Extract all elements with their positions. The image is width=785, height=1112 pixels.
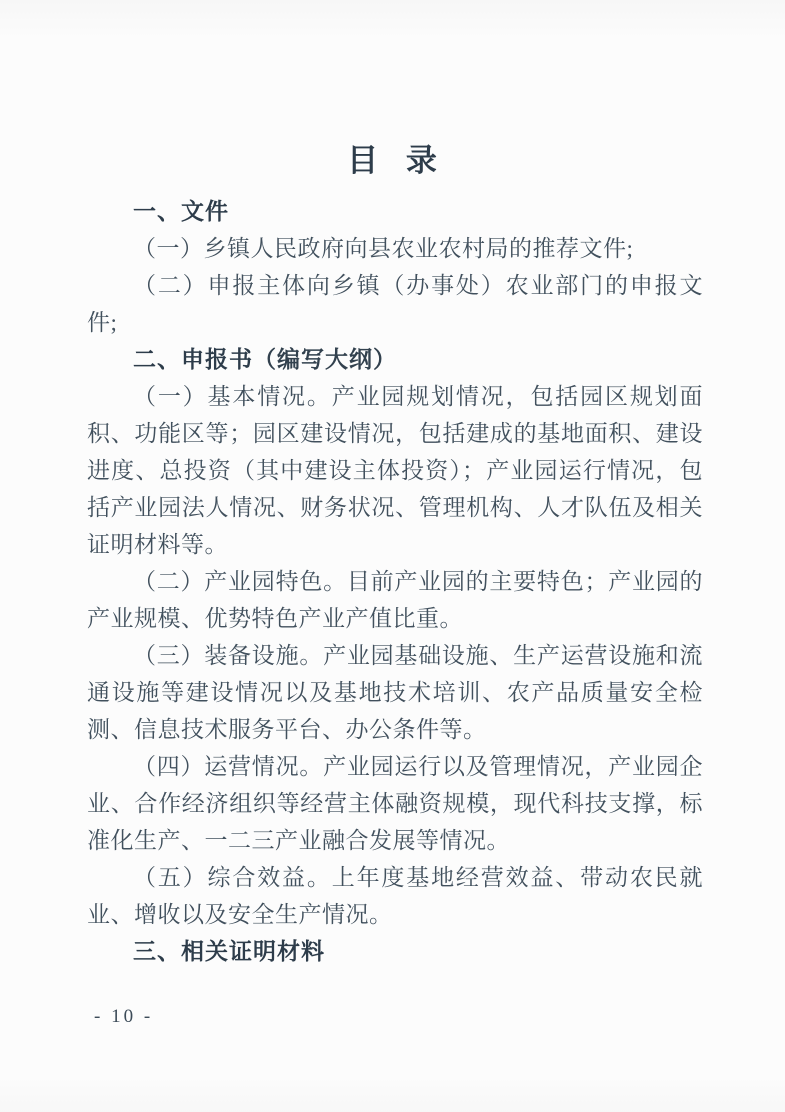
- toc-section-2-heading-bold: 二、申报书: [133, 346, 253, 372]
- page-number: - 10 -: [94, 1004, 153, 1030]
- toc-paragraph-2-4: （四）运营情况。产业园运行以及管理情况，产业园企业、合作经济组织等经营主体融资规…: [87, 748, 703, 859]
- page-title: 目 录: [0, 142, 785, 180]
- toc-paragraph-2-2: （二）产业园特色。目前产业园的主要特色；产业园的产业规模、优势特色产业产值比重。: [87, 563, 703, 637]
- toc-section-2-heading: 二、申报书（编写大纲）: [87, 341, 703, 378]
- toc-section-2-heading-suffix: （编写大纲）: [253, 347, 397, 372]
- toc-section-3-heading: 三、相关证明材料: [87, 933, 703, 970]
- toc-content: 一、文件 （一）乡镇人民政府向县农业农村局的推荐文件; （二）申报主体向乡镇（办…: [87, 193, 703, 970]
- toc-paragraph-2-3: （三）装备设施。产业园基础设施、生产运营设施和流通设施等建设情况以及基地技术培训…: [87, 637, 703, 748]
- toc-section-1-heading: 一、文件: [87, 193, 703, 230]
- toc-paragraph-2-1: （一）基本情况。产业园规划情况，包括园区规划面积、功能区等；园区建设情况，包括建…: [87, 378, 703, 563]
- toc-paragraph-2-5: （五）综合效益。上年度基地经营效益、带动农民就业、增收以及安全生产情况。: [87, 859, 703, 933]
- scanned-document-page: 目 录 一、文件 （一）乡镇人民政府向县农业农村局的推荐文件; （二）申报主体向…: [0, 0, 785, 1112]
- toc-item-1-1: （一）乡镇人民政府向县农业农村局的推荐文件;: [87, 230, 703, 267]
- toc-item-1-2: （二）申报主体向乡镇（办事处）农业部门的申报文件;: [87, 267, 703, 341]
